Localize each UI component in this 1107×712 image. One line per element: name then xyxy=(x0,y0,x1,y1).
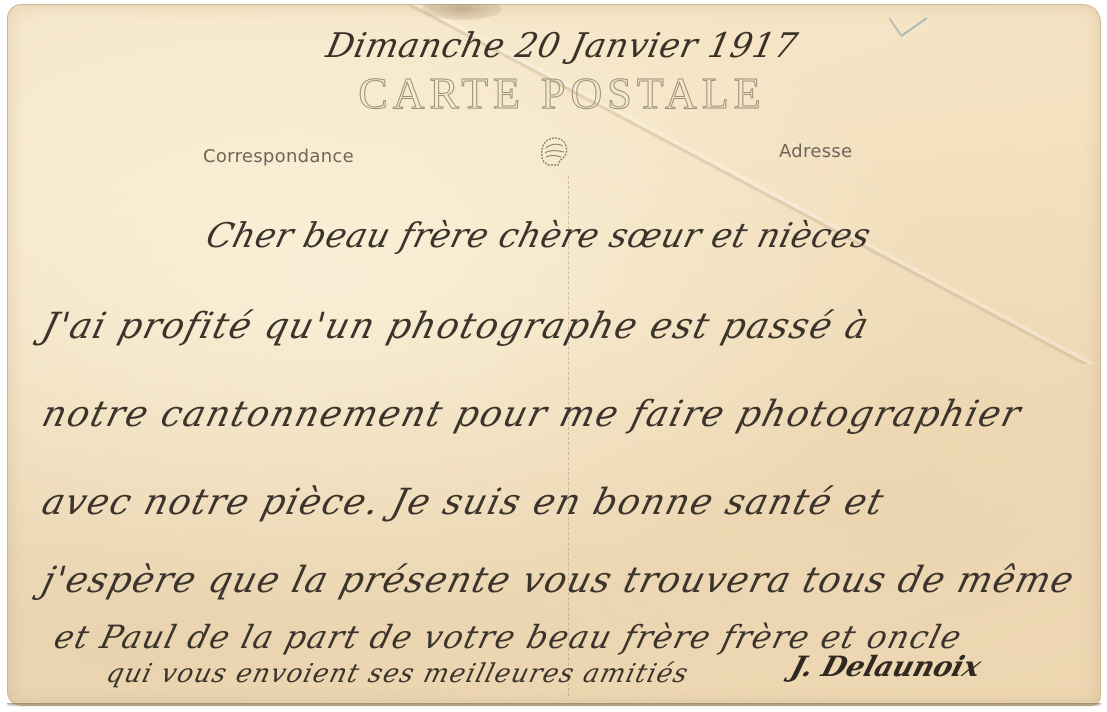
signature: J. Delaunoix xyxy=(787,650,985,683)
address-label: Adresse xyxy=(779,141,852,162)
message-line: notre cantonnement pour me faire photogr… xyxy=(38,394,1026,435)
correspondence-label: Correspondance xyxy=(203,146,354,167)
postmark-fragment xyxy=(889,4,928,37)
message-line-salutation: Cher beau frère chère sœur et nièces xyxy=(202,216,875,256)
profile-head-emblem-icon xyxy=(534,132,572,170)
card-edge-shadow xyxy=(7,703,1101,707)
handwritten-date: Dimanche 20 Janvier 1917 xyxy=(323,26,802,66)
postcard-back: Dimanche 20 Janvier 1917 CARTE POSTALE C… xyxy=(7,4,1101,706)
message-line: J'ai profité qu'un photographe est passé… xyxy=(38,306,874,347)
postcard-title: CARTE POSTALE xyxy=(297,68,827,119)
message-line-closing: qui vous envoient ses meilleures amitiés xyxy=(103,659,692,689)
message-line: j'espère que la présente vous trouvera t… xyxy=(38,560,1079,601)
message-line: avec notre pièce. Je suis en bonne santé… xyxy=(38,482,889,523)
ink-smudge xyxy=(422,4,502,20)
